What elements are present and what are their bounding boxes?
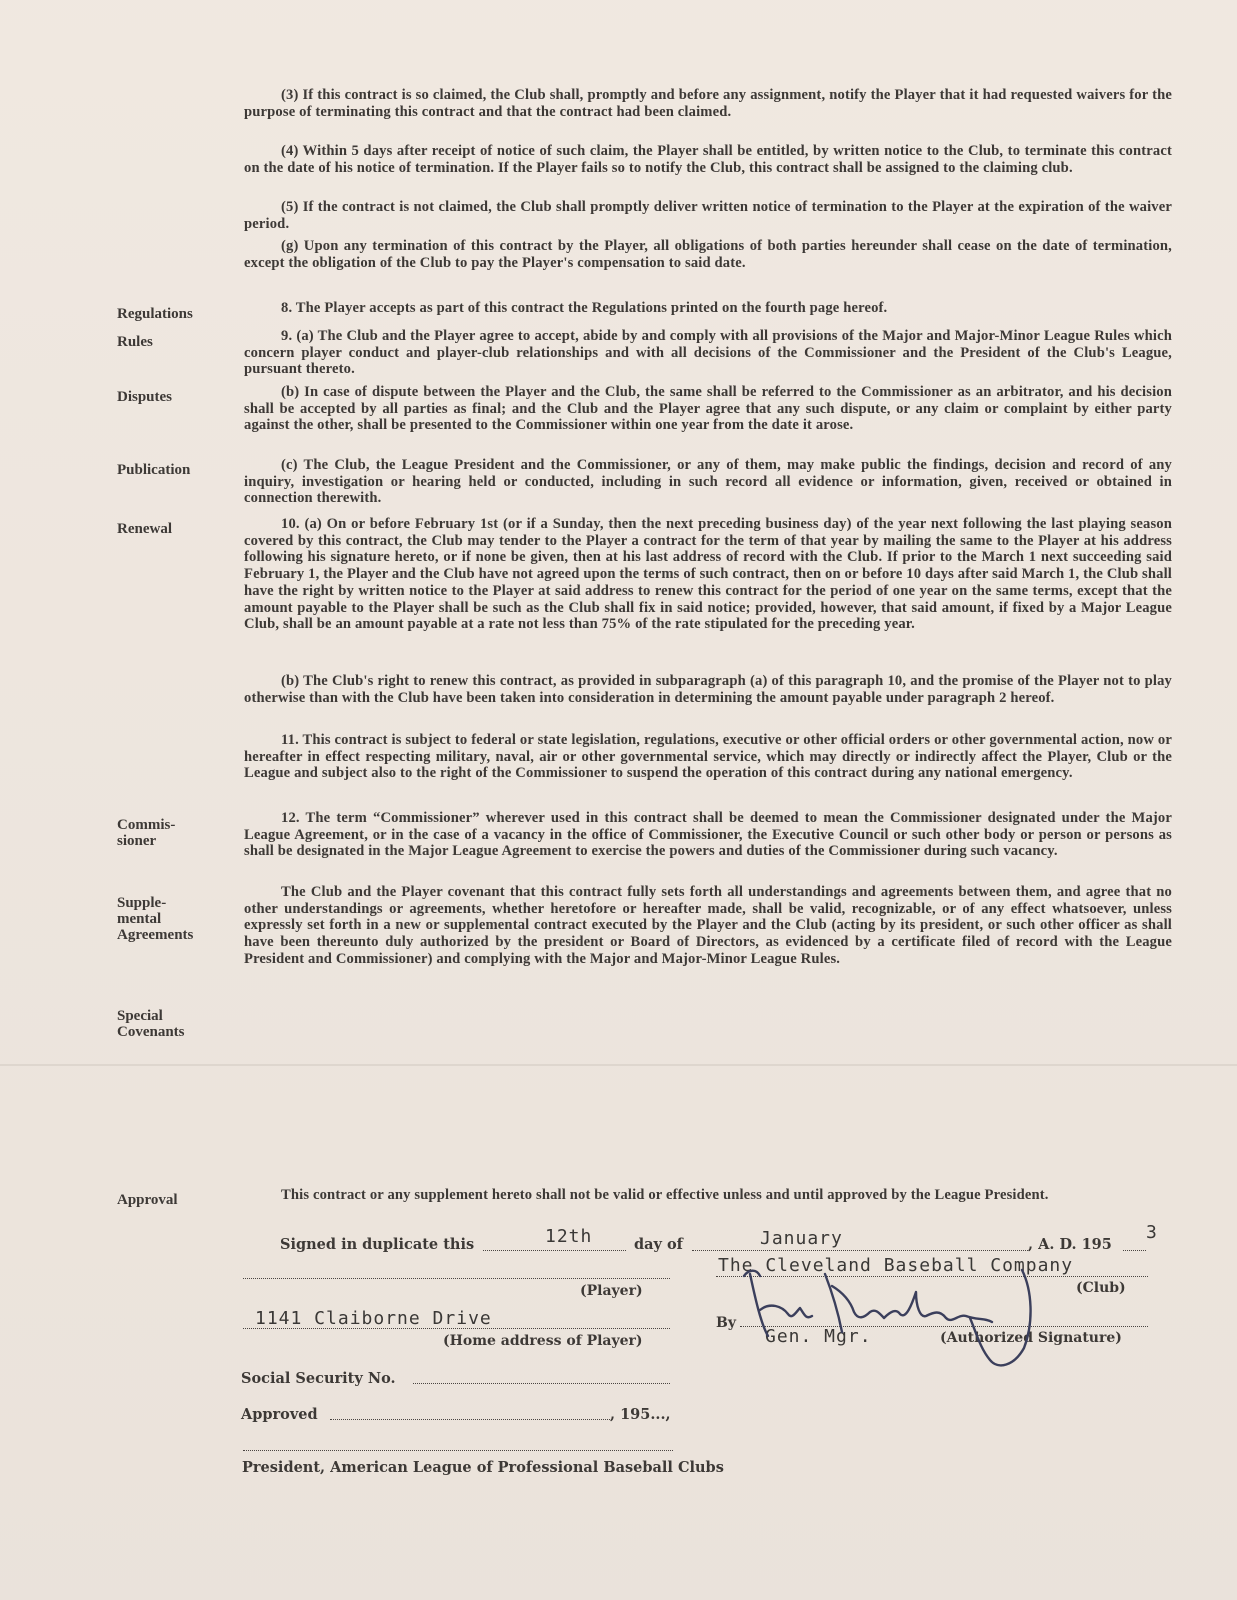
clause-supplemental: The Club and the Player covenant that th…: [244, 884, 1172, 968]
approved-year: , 195...,: [610, 1406, 671, 1423]
approved-date-field[interactable]: [330, 1419, 610, 1420]
clause-5-text: (5) If the contract is not claimed, the …: [244, 199, 1172, 232]
label-disputes: Disputes: [117, 389, 227, 405]
clause-8: 8. The Player accepts as part of this co…: [244, 300, 1172, 317]
clause-9c: (c) The Club, the League President and t…: [244, 457, 1172, 507]
player-signature-line[interactable]: [243, 1278, 670, 1279]
clause-4-text: (4) Within 5 days after receipt of notic…: [244, 143, 1172, 176]
clause-11: 11. This contract is subject to federal …: [244, 732, 1172, 782]
ssn-field[interactable]: [413, 1383, 670, 1384]
address-field-line: [243, 1328, 670, 1329]
clause-3-text: (3) If this contract is so claimed, the …: [244, 87, 1172, 120]
president-caption: President, American League of Profession…: [242, 1459, 724, 1476]
year-field-line: [1123, 1250, 1146, 1251]
year-field[interactable]: 3: [1146, 1222, 1158, 1243]
label-approval: Approval: [117, 1192, 227, 1208]
label-special-covenants: Special Covenants: [117, 1008, 227, 1040]
handwritten-signature-icon: [730, 1262, 1060, 1382]
address-field[interactable]: 1141 Claiborne Drive: [255, 1308, 492, 1329]
clause-9a: 9. (a) The Club and the Player agree to …: [244, 328, 1172, 378]
label-regulations: Regulations: [117, 306, 227, 322]
label-renewal: Renewal: [117, 521, 227, 537]
label-rules: Rules: [117, 334, 227, 350]
club-caption: (Club): [1076, 1280, 1126, 1296]
clause-10b: (b) The Club's right to renew this contr…: [244, 673, 1172, 706]
president-signature-line[interactable]: [243, 1450, 673, 1451]
approved-label: Approved: [241, 1406, 318, 1423]
label-commissioner: Commis- sioner: [117, 817, 227, 849]
approval-clause: This contract or any supplement hereto s…: [244, 1187, 1172, 1204]
month-field[interactable]: January: [760, 1228, 843, 1249]
label-publication: Publication: [117, 462, 227, 478]
clause-10a: 10. (a) On or before February 1st (or if…: [244, 516, 1172, 633]
label-supplemental-agreements: Supple- mental Agreements: [117, 895, 227, 943]
clause-5: (5) If the contract is not claimed, the …: [282, 199, 1172, 232]
clause-12: 12. The term “Commissioner” wherever use…: [244, 810, 1172, 860]
clause-4: (4) Within 5 days after receipt of notic…: [282, 143, 1172, 176]
month-field-line: [692, 1250, 1030, 1251]
day-of-label: day of: [634, 1236, 683, 1253]
clause-3: (3) If this contract is so claimed, the …: [282, 87, 1172, 120]
signed-prefix: Signed in duplicate this: [280, 1236, 474, 1253]
ssn-label: Social Security No.: [241, 1370, 396, 1387]
ad-label: , A. D. 195: [1028, 1236, 1112, 1253]
address-caption: (Home address of Player): [443, 1333, 643, 1349]
day-field[interactable]: 12th: [545, 1226, 592, 1247]
clause-g: (g) Upon any termination of this contrac…: [244, 238, 1172, 271]
clause-9b: (b) In case of dispute between the Playe…: [244, 384, 1172, 434]
player-caption: (Player): [580, 1283, 643, 1299]
paper-fold: [0, 1064, 1237, 1066]
day-field-line: [483, 1250, 626, 1251]
